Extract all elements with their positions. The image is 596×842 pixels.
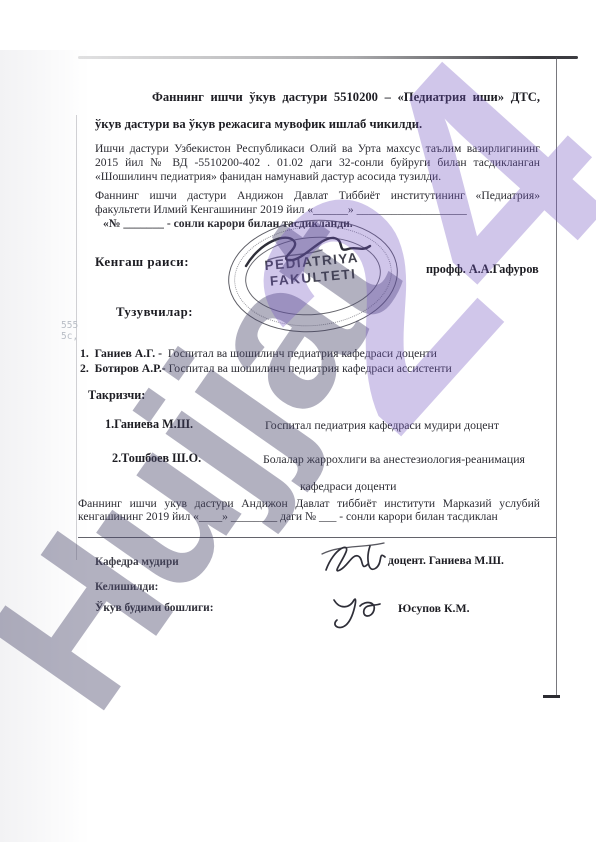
compiler-number: 2. (80, 362, 89, 375)
compiler-number: 1. (80, 347, 89, 360)
reviewer-role: Госпитал педиатрия кафедраси мудири доце… (265, 418, 499, 433)
compiler-separator: - (162, 362, 169, 375)
compiler-separator: - (155, 347, 165, 360)
reviewer-name: 2.Тошбоев Ш.О. (112, 451, 201, 466)
study-department-head-signature (324, 590, 386, 630)
compiler-name: Ганиев А.Г. (95, 347, 156, 360)
paragraph-central-methodical-council: Фаннинг ишчи укув дастури Андижон Давлат… (78, 497, 540, 524)
chairman-signature (238, 226, 378, 284)
department-head-label: Кафедра мудири (95, 556, 179, 568)
agreed-label: Келишилди: (95, 581, 158, 593)
reviewers-heading: Такризчи: (88, 388, 145, 403)
compiler-name: Ботиров А.Р. (95, 362, 162, 375)
horizontal-divider (78, 537, 556, 538)
scan-right-edge-mark (543, 695, 560, 698)
study-department-head-label: Ўкув будими бошлиги: (95, 602, 214, 614)
council-chairman-name: профф. А.А.Гафуров (426, 262, 539, 277)
pencil-marks: 555 5c, (61, 320, 78, 342)
study-department-head-name: Юсупов К.М. (398, 601, 470, 616)
department-head-name: доцент. Ганиева М.Ш. (388, 554, 504, 567)
paragraph-faculty-council: Фаннинг ишчи дастури Андижон Давлат Тибб… (95, 189, 540, 217)
pencil-mark-line2: 5c, (61, 331, 78, 342)
department-head-signature (318, 538, 392, 582)
pencil-mark-line1: 555 (61, 320, 78, 331)
compiler-role: Госпитал ва шошилинч педиатрия кафедраси… (168, 347, 437, 360)
scan-left-shading (0, 50, 92, 842)
paragraph-ministry-order: Ишчи дастури Узбекистон Республикаси Оли… (95, 142, 540, 183)
scanned-document-page: Фаннинг ишчи ўкув дастури 5510200 – «Пед… (0, 0, 596, 842)
reviewer-role-continued: кафедраси доценти (300, 479, 396, 494)
scan-right-edge-line (556, 57, 557, 697)
compilers-heading: Тузувчилар: (116, 305, 193, 320)
reviewer-role: Болалар жаррохлиги ва анестезиология-реа… (263, 452, 525, 467)
compiler-row-2: 2. Ботиров А.Р.- Госпитал ва шошилинч пе… (80, 361, 556, 376)
reviewer-name: 1.Ганиева М.Ш. (105, 417, 193, 432)
compilers-list: 1. Ганиев А.Г. - Госпитал ва шошилинч пе… (80, 346, 556, 377)
compiler-row-1: 1. Ганиев А.Г. - Госпитал ва шошилинч пе… (80, 346, 556, 361)
scan-top-edge-line (78, 56, 578, 59)
compiler-role: Госпитал ва шошилинч педиатрия кафедраси… (169, 362, 452, 375)
council-chairman-label: Кенгаш раиси: (95, 254, 189, 270)
paragraph-program-title: Фаннинг ишчи ўкув дастури 5510200 – «Пед… (95, 84, 540, 138)
